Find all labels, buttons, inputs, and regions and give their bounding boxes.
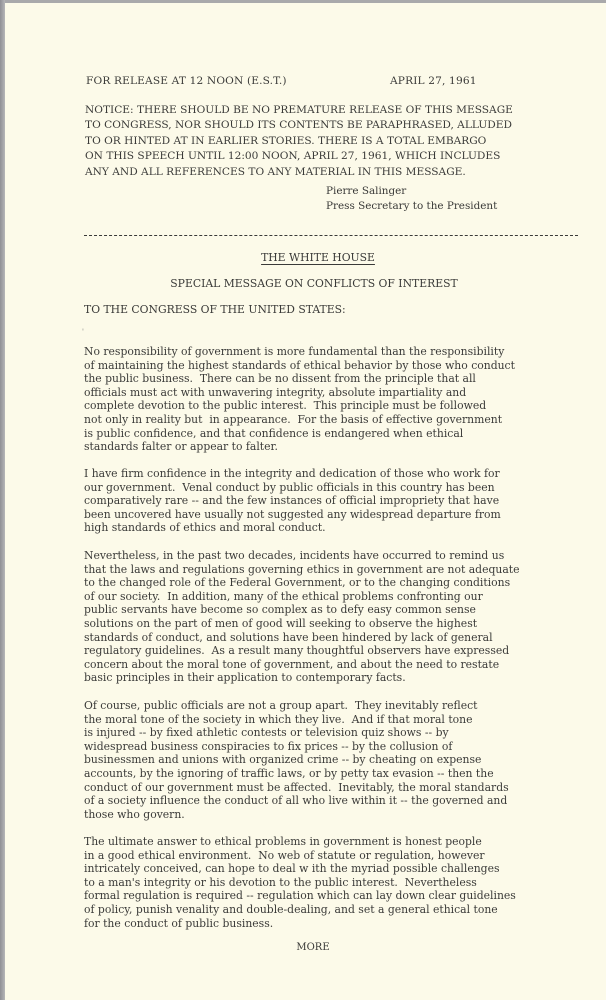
paragraph-line: in a good ethical environment. No web of… bbox=[84, 849, 516, 863]
paragraph-line: that the laws and regulations governing … bbox=[84, 563, 520, 577]
paragraph-line: accounts, by the ignoring of traffic law… bbox=[84, 767, 509, 781]
paragraph-line: of maintaining the highest standards of … bbox=[84, 359, 515, 373]
paragraph-line: widespread business conspiracies to fix … bbox=[84, 740, 509, 754]
release-line: FOR RELEASE AT 12 NOON (E.S.T.) bbox=[86, 75, 287, 87]
signature-title: Press Secretary to the President bbox=[326, 199, 497, 214]
institution-text: THE WHITE HOUSE bbox=[231, 251, 375, 264]
message-subject: SPECIAL MESSAGE ON CONFLICTS OF INTEREST bbox=[0, 277, 606, 290]
paragraph-line: solutions on the part of men of good wil… bbox=[84, 617, 520, 631]
body-paragraph: No responsibility of government is more … bbox=[84, 345, 515, 454]
notice-line: ANY AND ALL REFERENCES TO ANY MATERIAL I… bbox=[85, 165, 513, 180]
paragraph-line: those who govern. bbox=[84, 808, 509, 822]
paragraph-line: standards falter or appear to falter. bbox=[84, 440, 515, 454]
salutation: TO THE CONGRESS OF THE UNITED STATES: bbox=[84, 303, 346, 316]
body-paragraph: The ultimate answer to ethical problems … bbox=[84, 835, 516, 930]
paragraph-line: The ultimate answer to ethical problems … bbox=[84, 835, 516, 849]
paragraph-line: basic principles in their application to… bbox=[84, 671, 520, 685]
release-date: APRIL 27, 1961 bbox=[390, 75, 477, 87]
paragraph-line: officials must act with unwavering integ… bbox=[84, 386, 515, 400]
body-paragraph: I have firm confidence in the integrity … bbox=[84, 467, 501, 535]
signature-block: Pierre Salinger Press Secretary to the P… bbox=[326, 184, 497, 214]
more-text: MORE bbox=[276, 942, 329, 953]
paragraph-line: formal regulation is required -- regulat… bbox=[84, 889, 516, 903]
paragraph-line: conduct of our government must be affect… bbox=[84, 781, 509, 795]
paragraph-line: complete devotion to the public interest… bbox=[84, 399, 515, 413]
dashed-divider bbox=[84, 235, 578, 236]
paragraph-line: the moral tone of the society in which t… bbox=[84, 713, 509, 727]
paragraph-line: high standards of ethics and moral condu… bbox=[84, 521, 501, 535]
paragraph-line: I have firm confidence in the integrity … bbox=[84, 467, 501, 481]
notice-line: ON THIS SPEECH UNTIL 12:00 NOON, APRIL 2… bbox=[85, 149, 513, 164]
paragraph-line: No responsibility of government is more … bbox=[84, 345, 515, 359]
notice-line: TO OR HINTED AT IN EARLIER STORIES. THER… bbox=[85, 134, 513, 149]
paragraph-line: for the conduct of public business. bbox=[84, 917, 516, 931]
paragraph-line: concern about the moral tone of governme… bbox=[84, 658, 520, 672]
continuation-marker: MORE bbox=[0, 942, 606, 953]
institution-heading: THE WHITE HOUSE bbox=[0, 251, 606, 264]
paragraph-line: Nevertheless, in the past two decades, i… bbox=[84, 549, 520, 563]
paragraph-line: of a society influence the conduct of al… bbox=[84, 794, 509, 808]
paragraph-line: the public business. There can be no dis… bbox=[84, 372, 515, 386]
paragraph-line: been uncovered have usually not suggeste… bbox=[84, 508, 501, 522]
body-paragraph: Nevertheless, in the past two decades, i… bbox=[84, 549, 520, 685]
notice-line: NOTICE: THERE SHOULD BE NO PREMATURE REL… bbox=[85, 103, 513, 118]
paragraph-line: regulatory guidelines. As a result many … bbox=[84, 644, 520, 658]
paragraph-line: intricately conceived, can hope to deal … bbox=[84, 862, 516, 876]
paragraph-line: not only in reality but in appearance. F… bbox=[84, 413, 515, 427]
paragraph-line: comparatively rare -- and the few instan… bbox=[84, 494, 501, 508]
paragraph-line: of policy, punish venality and double-de… bbox=[84, 903, 516, 917]
paragraph-line: standards of conduct, and solutions have… bbox=[84, 631, 520, 645]
stray-mark: ' bbox=[82, 328, 84, 336]
paragraph-line: to the changed role of the Federal Gover… bbox=[84, 576, 520, 590]
paragraph-line: is injured -- by fixed athletic contests… bbox=[84, 726, 509, 740]
paragraph-line: of our society. In addition, many of the… bbox=[84, 590, 520, 604]
paragraph-line: is public confidence, and that confidenc… bbox=[84, 427, 515, 441]
paragraph-line: Of course, public officials are not a gr… bbox=[84, 699, 509, 713]
paragraph-line: our government. Venal conduct by public … bbox=[84, 481, 501, 495]
signature-name: Pierre Salinger bbox=[326, 184, 497, 199]
embargo-notice: NOTICE: THERE SHOULD BE NO PREMATURE REL… bbox=[85, 103, 513, 180]
paragraph-line: businessmen and unions with organized cr… bbox=[84, 753, 509, 767]
subject-text: SPECIAL MESSAGE ON CONFLICTS OF INTEREST bbox=[148, 277, 457, 290]
notice-line: TO CONGRESS, NOR SHOULD ITS CONTENTS BE … bbox=[85, 118, 513, 133]
document-page: FOR RELEASE AT 12 NOON (E.S.T.) APRIL 27… bbox=[0, 0, 606, 1000]
paragraph-line: public servants have become so complex a… bbox=[84, 603, 520, 617]
body-paragraph: Of course, public officials are not a gr… bbox=[84, 699, 509, 821]
paragraph-line: to a man's integrity or his devotion to … bbox=[84, 876, 516, 890]
